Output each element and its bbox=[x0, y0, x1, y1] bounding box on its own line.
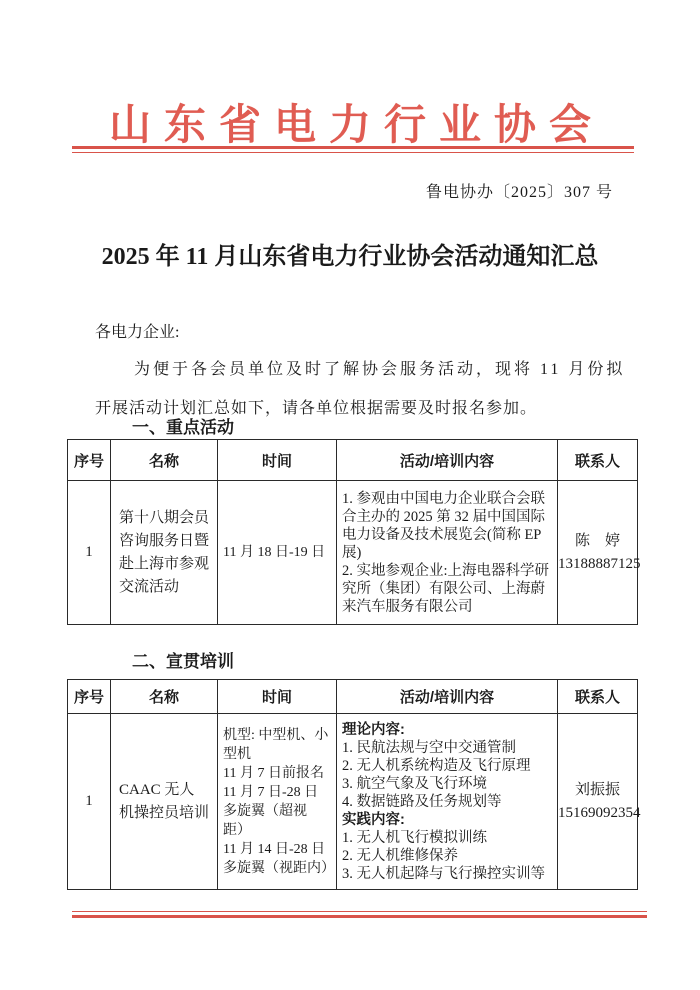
org-name-title: 山东省电力行业协会 bbox=[0, 92, 700, 152]
table-header-row: 序号 名称 时间 活动/培训内容 联系人 bbox=[68, 440, 638, 481]
contact-name: 陈 婷 bbox=[558, 530, 637, 553]
training-time-cell: 机型: 中型机、小型机 11 月 7 日前报名 11 月 7 日-28 日 多旋… bbox=[218, 714, 337, 890]
contact-name: 刘振振 bbox=[558, 779, 637, 802]
activity-name-cell: 第十八期会员咨询服务日暨赴上海市参观交流活动 bbox=[111, 481, 218, 625]
activity-content-cell: 1. 参观由中国电力企业联合会联合主办的 2025 第 32 届中国国际电力设备… bbox=[337, 481, 558, 625]
col-header-time: 时间 bbox=[218, 440, 337, 481]
col-header-no: 序号 bbox=[68, 680, 111, 714]
practice-items: 1. 无人机飞行模拟训练 2. 无人机维修保养 3. 无人机起降与飞行操控实训等 bbox=[342, 829, 552, 883]
practice-block: 实践内容: 1. 无人机飞行模拟训练 2. 无人机维修保养 3. 无人机起降与飞… bbox=[342, 811, 552, 883]
header-rule-thick bbox=[72, 146, 634, 149]
table-row: 1 CAAC 无人机操控员培训 机型: 中型机、小型机 11 月 7 日前报名 … bbox=[68, 714, 638, 890]
contact-cell: 刘振振 15169092354 bbox=[558, 714, 638, 890]
training-name-cell: CAAC 无人机操控员培训 bbox=[111, 714, 218, 890]
header-rule-thin bbox=[72, 152, 634, 153]
contact-phone: 13188887125 bbox=[558, 553, 637, 576]
col-header-name: 名称 bbox=[111, 440, 218, 481]
intro-paragraph-line1: 为便于各会员单位及时了解协会服务活动，现将 11 月份拟 bbox=[134, 360, 625, 381]
col-header-time: 时间 bbox=[218, 680, 337, 714]
footer-rule-thick bbox=[72, 915, 647, 918]
doc-number: 鲁电协办〔2025〕307 号 bbox=[426, 183, 613, 204]
theory-block: 理论内容: 1. 民航法规与空中交通管制 2. 无人机系统构造及飞行原理 3. … bbox=[342, 721, 552, 811]
contact-cell: 陈 婷 13188887125 bbox=[558, 481, 638, 625]
row-number-cell: 1 bbox=[68, 481, 111, 625]
col-header-content: 活动/培训内容 bbox=[337, 680, 558, 714]
col-header-no: 序号 bbox=[68, 440, 111, 481]
activity-time-cell: 11 月 18 日-19 日 bbox=[218, 481, 337, 625]
document-title: 2025 年 11 月山东省电力行业协会活动通知汇总 bbox=[0, 242, 700, 273]
activity-content-items: 1. 参观由中国电力企业联合会联合主办的 2025 第 32 届中国国际电力设备… bbox=[342, 490, 552, 616]
section-heading-training: 二、宣贯培训 bbox=[132, 651, 234, 672]
salutation: 各电力企业: bbox=[95, 323, 179, 344]
document-page: 山东省电力行业协会 鲁电协办〔2025〕307 号 2025 年 11 月山东省… bbox=[0, 0, 700, 990]
training-table: 序号 名称 时间 活动/培训内容 联系人 1 CAAC 无人机操控员培训 机型:… bbox=[67, 679, 638, 890]
section-heading-key-activities: 一、重点活动 bbox=[132, 417, 234, 438]
training-content-cell: 理论内容: 1. 民航法规与空中交通管制 2. 无人机系统构造及飞行原理 3. … bbox=[337, 714, 558, 890]
footer-rule-thin bbox=[72, 911, 647, 912]
theory-items: 1. 民航法规与空中交通管制 2. 无人机系统构造及飞行原理 3. 航空气象及飞… bbox=[342, 739, 552, 811]
col-header-contact: 联系人 bbox=[558, 680, 638, 714]
practice-label: 实践内容: bbox=[342, 811, 552, 829]
col-header-name: 名称 bbox=[111, 680, 218, 714]
theory-label: 理论内容: bbox=[342, 721, 552, 739]
row-number-cell: 1 bbox=[68, 714, 111, 890]
table-header-row: 序号 名称 时间 活动/培训内容 联系人 bbox=[68, 680, 638, 714]
contact-phone: 15169092354 bbox=[558, 802, 637, 825]
table-row: 1 第十八期会员咨询服务日暨赴上海市参观交流活动 11 月 18 日-19 日 … bbox=[68, 481, 638, 625]
col-header-content: 活动/培训内容 bbox=[337, 440, 558, 481]
col-header-contact: 联系人 bbox=[558, 440, 638, 481]
key-activities-table: 序号 名称 时间 活动/培训内容 联系人 1 第十八期会员咨询服务日暨赴上海市参… bbox=[67, 439, 638, 625]
